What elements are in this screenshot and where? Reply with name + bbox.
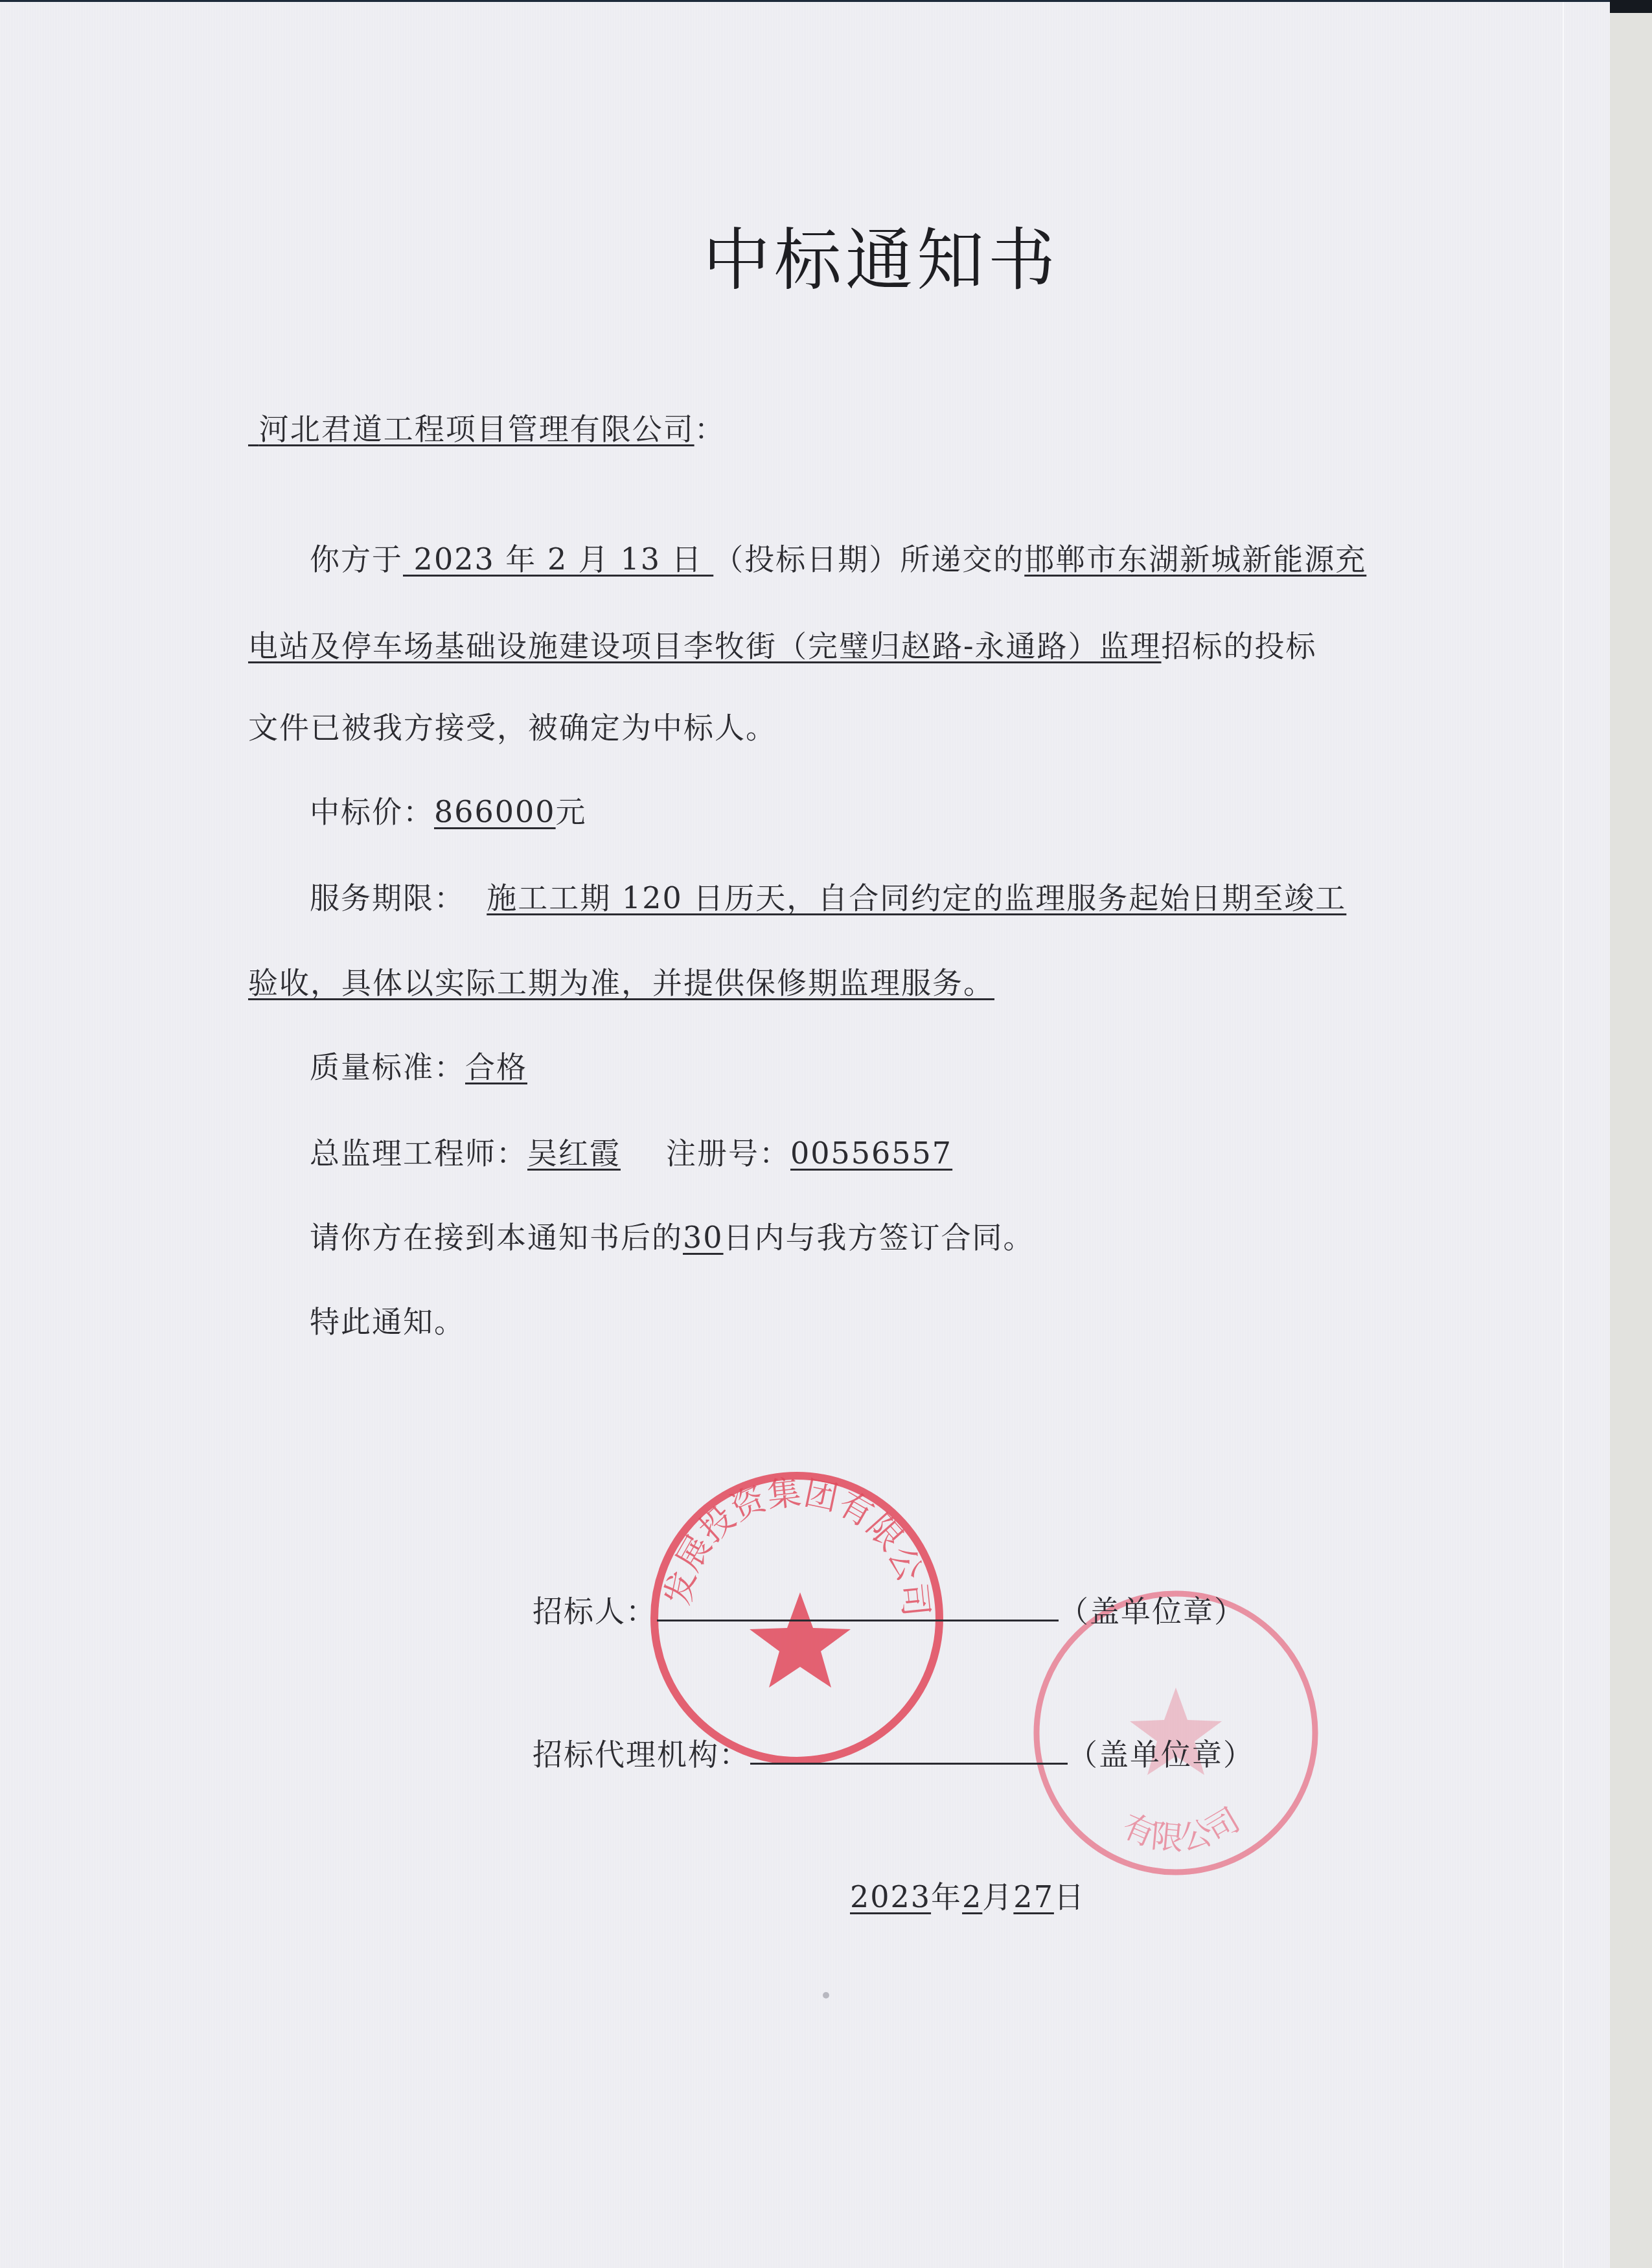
agency-signature-line: 招标代理机构：（盖单位章） [533, 1735, 1254, 1774]
service-period-line-2: 验收，具体以实际工期为准，并提供保修期监理服务。 [248, 963, 994, 1002]
award-price-line: 中标价：866000元 [310, 792, 587, 831]
service-period-value-2: 验收，具体以实际工期为准，并提供保修期监理服务。 [248, 965, 994, 1000]
contract-days: 30 [683, 1220, 724, 1255]
project-name-part-2: 电站及停车场基础设施建设项目李牧街（完璧归赵路-永通路）监理 [248, 628, 1162, 663]
date-day: 27 [1013, 1879, 1054, 1914]
recipient-colon: ： [694, 411, 726, 446]
quality-standard-value: 合格 [465, 1049, 527, 1084]
service-period-line-1: 服务期限： 施工工期 120 日历天，自合同约定的监理服务起始日期至竣工 [310, 878, 1346, 917]
paragraph-1-line-1: 你方于 2023 年 2 月 13 日 （投标日期）所递交的邯郸市东湖新城新能源… [310, 540, 1366, 578]
recipient-line: 河北君道工程项目管理有限公司： [248, 409, 726, 448]
scan-speck [823, 1992, 829, 1999]
date-year: 2023 [850, 1879, 931, 1914]
paper-fold-line [1563, 2, 1564, 2268]
document-title: 中标通知书 [0, 206, 1652, 303]
tenderer-signature-field[interactable] [657, 1600, 1059, 1621]
scanner-corner [1610, 0, 1652, 13]
agency-signature-field[interactable] [750, 1743, 1068, 1765]
chief-engineer-label: 总监理工程师： [310, 1136, 527, 1171]
tenderer-signature-line: 招标人：（盖单位章） [533, 1592, 1245, 1631]
agency-label: 招标代理机构： [533, 1737, 750, 1772]
contract-notice-suffix: 日内与我方签订合同。 [724, 1220, 1035, 1255]
scanner-margin [1610, 13, 1652, 2268]
date-month-unit: 月 [982, 1879, 1013, 1914]
closing-line: 特此通知。 [310, 1302, 465, 1341]
tenderer-seal-note: （盖单位章） [1059, 1594, 1245, 1629]
agency-seal-note: （盖单位章） [1068, 1737, 1254, 1772]
issue-date: 2023年2月27日 [850, 1877, 1085, 1916]
service-period-label: 服务期限： [310, 880, 465, 915]
registration-label: 注册号： [666, 1136, 790, 1171]
paragraph-1-line-2: 电站及停车场基础设施建设项目李牧街（完璧归赵路-永通路）监理招标的投标 [248, 626, 1317, 665]
p1-prefix: 你方于 [310, 542, 403, 577]
recipient-name: 河北君道工程项目管理有限公司 [248, 411, 694, 446]
registration-number: 00556557 [790, 1136, 952, 1171]
chief-engineer-line: 总监理工程师：吴红霞注册号：00556557 [310, 1134, 952, 1173]
date-month: 2 [962, 1879, 982, 1914]
project-name-part-1: 邯郸市东湖新城新能源充 [1024, 542, 1366, 577]
bid-date: 2023 年 2 月 13 日 [403, 542, 713, 577]
p1-mid: （投标日期）所递交的 [713, 542, 1024, 577]
quality-standard-line: 质量标准：合格 [310, 1048, 527, 1086]
date-year-unit: 年 [931, 1879, 962, 1914]
award-price-unit: 元 [556, 794, 587, 829]
award-price-value: 866000 [434, 794, 556, 829]
award-price-label: 中标价： [310, 794, 434, 829]
contract-notice-prefix: 请你方在接到本通知书后的 [310, 1220, 683, 1255]
date-day-unit: 日 [1054, 1879, 1085, 1914]
p1-line2-suffix: 招标的投标 [1162, 628, 1317, 663]
contract-notice-line: 请你方在接到本通知书后的30日内与我方签订合同。 [310, 1218, 1035, 1257]
service-period-value-1: 施工工期 120 日历天，自合同约定的监理服务起始日期至竣工 [487, 880, 1346, 915]
tenderer-label: 招标人： [533, 1594, 657, 1629]
quality-standard-label: 质量标准： [310, 1049, 465, 1084]
paragraph-1-line-3: 文件已被我方接受，被确定为中标人。 [248, 708, 777, 747]
chief-engineer-name: 吴红霞 [527, 1136, 621, 1171]
